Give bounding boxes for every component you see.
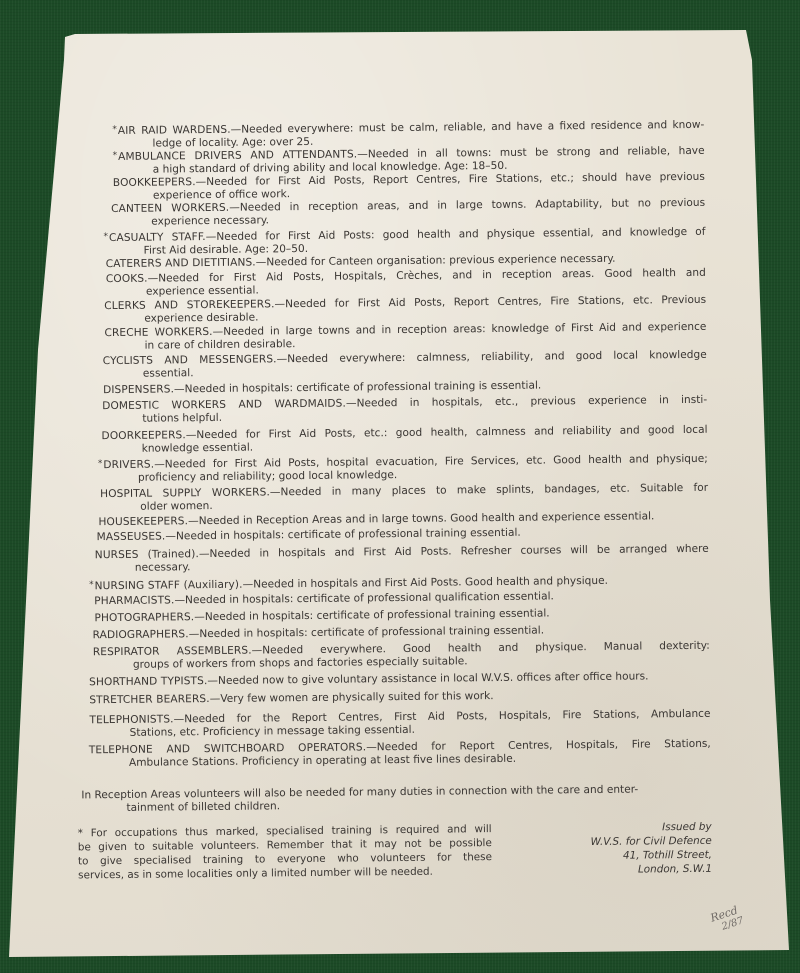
occupation-title: CATERERS AND DIETITIANS. (106, 256, 256, 270)
occupation-entry: CYCLISTS AND MESSENGERS.—Needed everywhe… (103, 349, 707, 381)
occupation-entry: DOMESTIC WORKERS AND WARDMAIDS.—Needed i… (102, 394, 707, 426)
occupation-title: DRIVERS. (103, 459, 154, 472)
training-asterisk-icon: * (98, 459, 103, 469)
occupation-title: PHOTOGRAPHERS. (94, 611, 194, 624)
occupation-title: CANTEEN WORKERS. (111, 202, 229, 215)
occupation-description: —Needed in Reception Areas and in large … (188, 510, 654, 527)
occupation-title: CRECHE WORKERS. (104, 326, 212, 339)
occupation-description: —Needed in hospitals: certificate of pro… (174, 380, 541, 396)
footnote-line: services, as in some localities only a l… (78, 864, 492, 882)
occupation-entry: TELEPHONE AND SWITCHBOARD OPERATORS.—Nee… (89, 738, 711, 770)
occupation-title: HOUSEKEEPERS. (98, 515, 188, 528)
occupation-list: *AIR RAID WARDENS.—Needed everywhere: mu… (0, 0, 795, 4)
footnote: * For occupations thus marked, specialis… (78, 822, 493, 882)
training-asterisk-icon: * (112, 125, 117, 135)
training-asterisk-icon: * (113, 151, 118, 161)
occupation-title: COOKS. (106, 273, 148, 285)
occupation-title: MASSEUSES. (97, 530, 166, 543)
training-asterisk-icon: * (103, 232, 108, 242)
reception-areas-note: In Reception Areas volunteers will also … (81, 783, 711, 815)
occupation-entry: HOSPITAL SUPPLY WORKERS.—Needed in many … (100, 482, 708, 514)
occupation-title: CYCLISTS AND MESSENGERS. (103, 353, 277, 367)
issued-by-line: 41, Tothill Street, (564, 848, 712, 864)
occupation-description: —Needed in hospitals: certificate of pro… (194, 607, 550, 623)
occupation-entry: COOKS.—Needed for First Aid Posts, Hospi… (106, 267, 706, 298)
training-asterisk-icon: * (89, 580, 94, 590)
occupation-title: CASUALTY STAFF. (109, 231, 206, 244)
occupation-entry: CRECHE WORKERS.—Needed in large towns an… (104, 321, 706, 352)
occupation-title: TELEPHONISTS. (89, 713, 173, 726)
occupation-entry: DOORKEEPERS.—Needed for First Aid Posts,… (101, 424, 707, 456)
occupation-title: HOSPITAL SUPPLY WORKERS. (100, 486, 270, 500)
occupation-entry: TELEPHONISTS.—Needed for the Report Cent… (89, 708, 710, 740)
occupation-title: SHORTHAND TYPISTS. (89, 675, 207, 688)
occupation-title: RESPIRATOR ASSEMBLERS. (93, 645, 252, 659)
entry-first-line: SHORTHAND TYPISTS.—Needed now to give vo… (89, 670, 710, 689)
issued-by-line: W.V.S. for Civil Defence (564, 834, 712, 850)
occupation-description: —Needed in hospitals and First Aid Posts… (243, 575, 608, 591)
occupation-entry: RESPIRATOR ASSEMBLERS.—Needed everywhere… (93, 640, 710, 672)
occupation-description: —Very few women are physically suited fo… (210, 690, 494, 705)
occupation-title: RADIOGRAPHERS. (93, 628, 189, 641)
document-content: *AIR RAID WARDENS.—Needed everywhere: mu… (0, 0, 800, 973)
issued-by-line: Issued by (564, 820, 712, 836)
issued-by-block: Issued by W.V.S. for Civil Defence 41, T… (564, 820, 713, 878)
occupation-entry: RADIOGRAPHERS.—Needed in hospitals: cert… (93, 623, 710, 642)
occupation-title: CLERKS AND STOREKEEPERS. (104, 298, 274, 312)
occupation-description: —Needed now to give voluntary assistance… (207, 670, 648, 687)
occupation-entry: CANTEEN WORKERS.—Needed in reception are… (111, 197, 705, 228)
occupation-entry: *DRIVERS.—Needed for First Aid Posts, ho… (98, 452, 708, 485)
entry-first-line: RADIOGRAPHERS.—Needed in hospitals: cert… (93, 623, 710, 642)
occupation-title: AMBULANCE DRIVERS AND ATTENDANTS. (118, 148, 357, 163)
issued-by-line: London, S.W.1 (564, 862, 712, 878)
occupation-entry: PHOTOGRAPHERS.—Needed in hospitals: cert… (94, 606, 709, 625)
occupation-description: —Needed for Canteen organisation: previo… (256, 253, 616, 269)
occupation-title: PHARMACISTS. (94, 594, 174, 607)
occupation-title: AIR RAID WARDENS. (118, 124, 231, 137)
entry-first-line: STRETCHER BEARERS.—Very few women are ph… (89, 688, 710, 707)
occupation-title: BOOKKEEPERS. (113, 176, 196, 189)
occupation-title: NURSING STAFF (Auxiliary). (95, 579, 243, 593)
occupation-description: —Needed in hospitals: certificate of pro… (165, 527, 521, 543)
occupation-title: NURSES (Trained). (95, 548, 199, 561)
occupation-description: —Needed in hospitals: certificate of pro… (189, 624, 545, 640)
occupation-title: DOMESTIC WORKERS AND WARDMAIDS. (102, 398, 346, 413)
occupation-title: STRETCHER BEARERS. (89, 693, 210, 706)
occupation-title: DISPENSERS. (103, 383, 174, 396)
occupation-entry: STRETCHER BEARERS.—Very few women are ph… (89, 688, 710, 707)
occupation-entry: CLERKS AND STOREKEEPERS.—Needed for Firs… (104, 294, 706, 325)
occupation-entry: NURSES (Trained).—Needed in hospitals an… (95, 543, 709, 575)
occupation-description: —Needed in hospitals: certificate of pro… (174, 590, 554, 606)
occupation-title: DOORKEEPERS. (101, 429, 185, 442)
occupation-entry: SHORTHAND TYPISTS.—Needed now to give vo… (89, 670, 710, 689)
entry-first-line: PHOTOGRAPHERS.—Needed in hospitals: cert… (94, 606, 709, 625)
